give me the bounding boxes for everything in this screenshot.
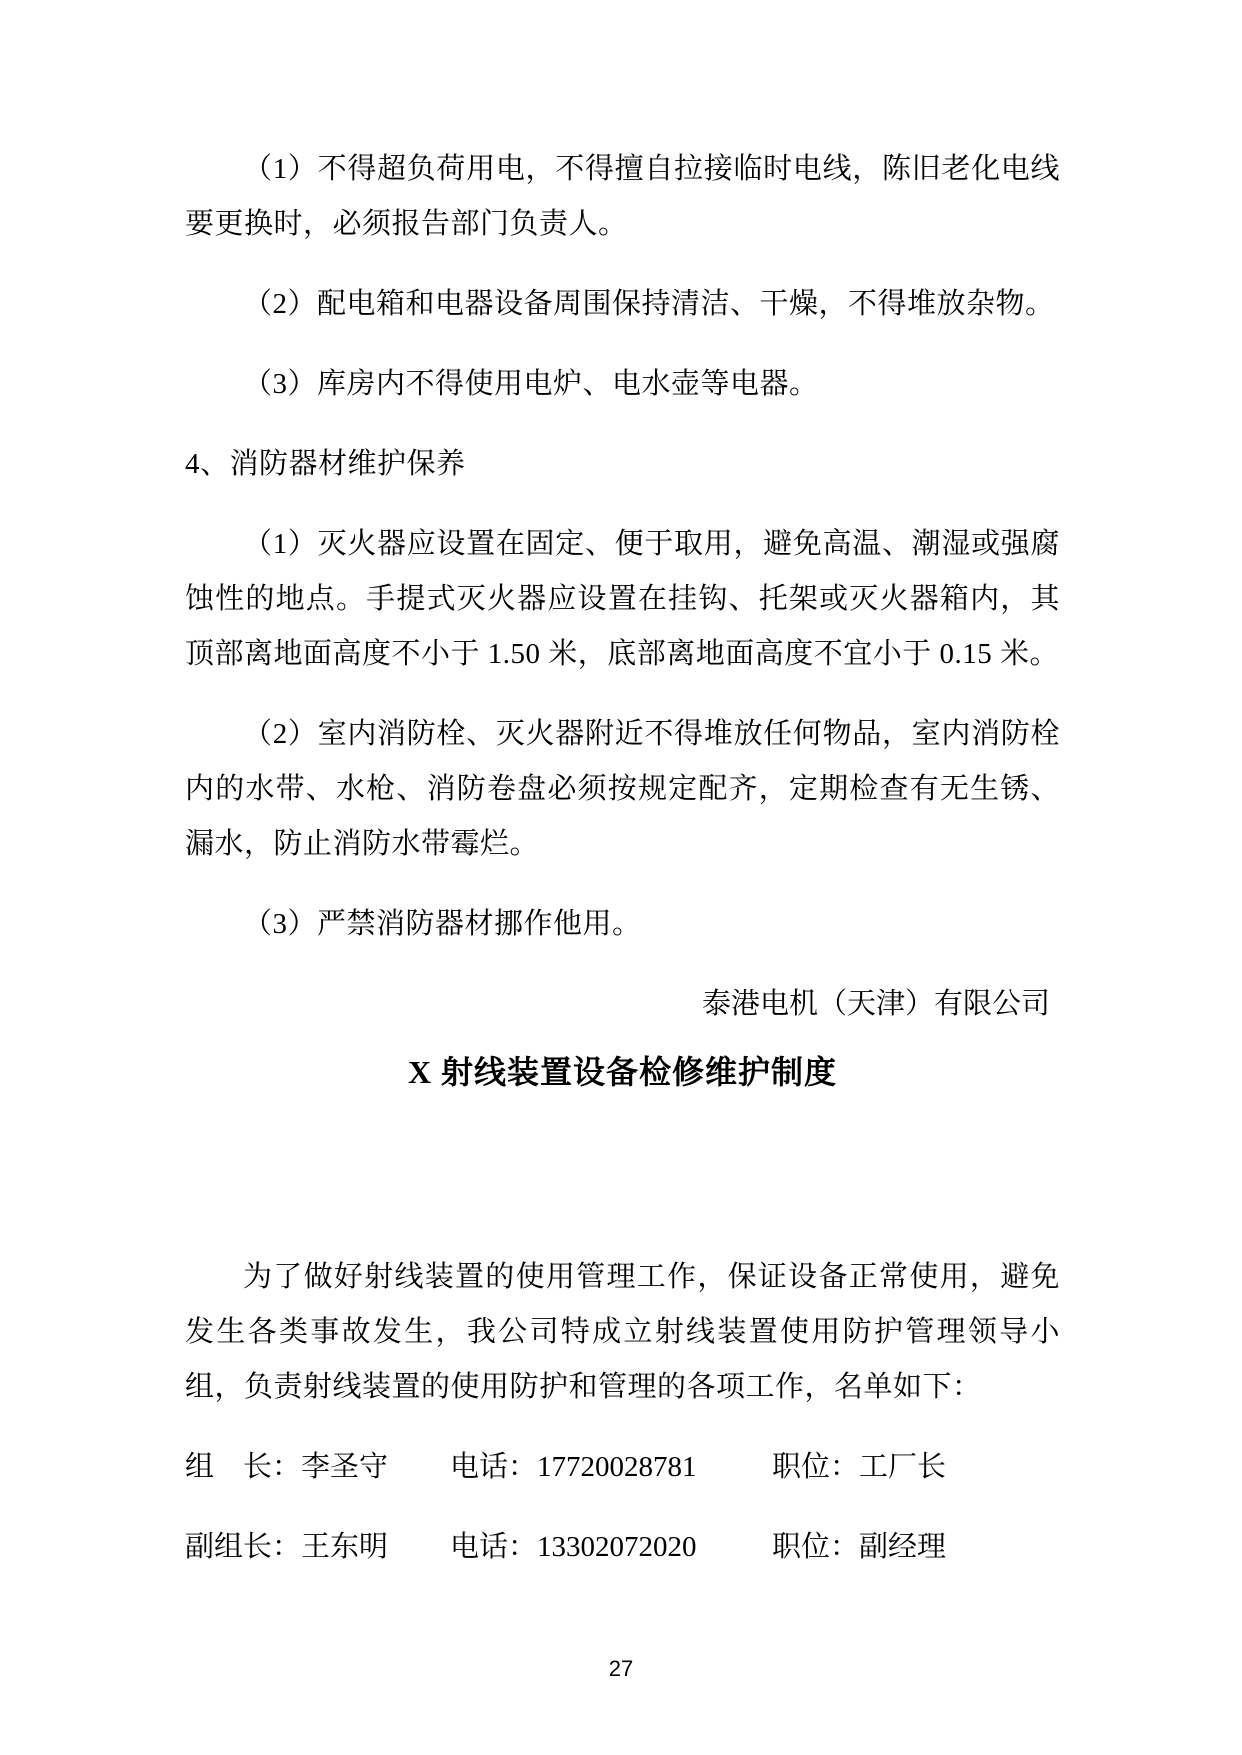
intro-paragraph: 为了做好射线装置的使用管理工作，保证设备正常使用，避免发生各类事故发生，我公司特… xyxy=(185,1250,1060,1415)
roster-member: 组 长：李圣守 xyxy=(185,1440,450,1495)
body-paragraph-4: （1）灭火器应设置在固定、便于取用，避免高温、潮湿或强腐蚀性的地点。手提式灭火器… xyxy=(185,517,1060,682)
body-paragraph-3: （3）库房内不得使用电炉、电水壶等电器。 xyxy=(185,357,1060,412)
roster-position: 职位：副经理 xyxy=(772,1520,1060,1575)
company-signature: 泰港电机（天津）有限公司 xyxy=(185,977,1060,1032)
body-paragraph-1: （1）不得超负荷用电，不得擅自拉接临时电线，陈旧老化电线要更换时，必须报告部门负… xyxy=(185,142,1060,252)
roster-phone: 电话：17720028781 xyxy=(450,1440,772,1495)
list-item-heading: 4、消防器材维护保养 xyxy=(185,437,1060,492)
vertical-spacer xyxy=(185,1102,1060,1250)
document-content: （1）不得超负荷用电，不得擅自拉接临时电线，陈旧老化电线要更换时，必须报告部门负… xyxy=(185,142,1060,1600)
body-paragraph-5: （2）室内消防栓、灭火器附近不得堆放任何物品，室内消防栓内的水带、水枪、消防卷盘… xyxy=(185,707,1060,872)
document-page: （1）不得超负荷用电，不得擅自拉接临时电线，陈旧老化电线要更换时，必须报告部门负… xyxy=(0,0,1242,1755)
roster-phone: 电话：13302072020 xyxy=(450,1520,772,1575)
roster-row-leader: 组 长：李圣守 电话：17720028781 职位：工厂长 xyxy=(185,1440,1060,1495)
roster-member: 副组长：王东明 xyxy=(185,1520,450,1575)
roster-row-deputy-leader: 副组长：王东明 电话：13302072020 职位：副经理 xyxy=(185,1520,1060,1575)
roster-position: 职位：工厂长 xyxy=(772,1440,1060,1495)
body-paragraph-2: （2）配电箱和电器设备周围保持清洁、干燥，不得堆放杂物。 xyxy=(185,277,1060,332)
section-heading: X 射线装置设备检修维护制度 xyxy=(185,1042,1060,1102)
page-number: 27 xyxy=(0,1656,1242,1682)
body-paragraph-6: （3）严禁消防器材挪作他用。 xyxy=(185,897,1060,952)
